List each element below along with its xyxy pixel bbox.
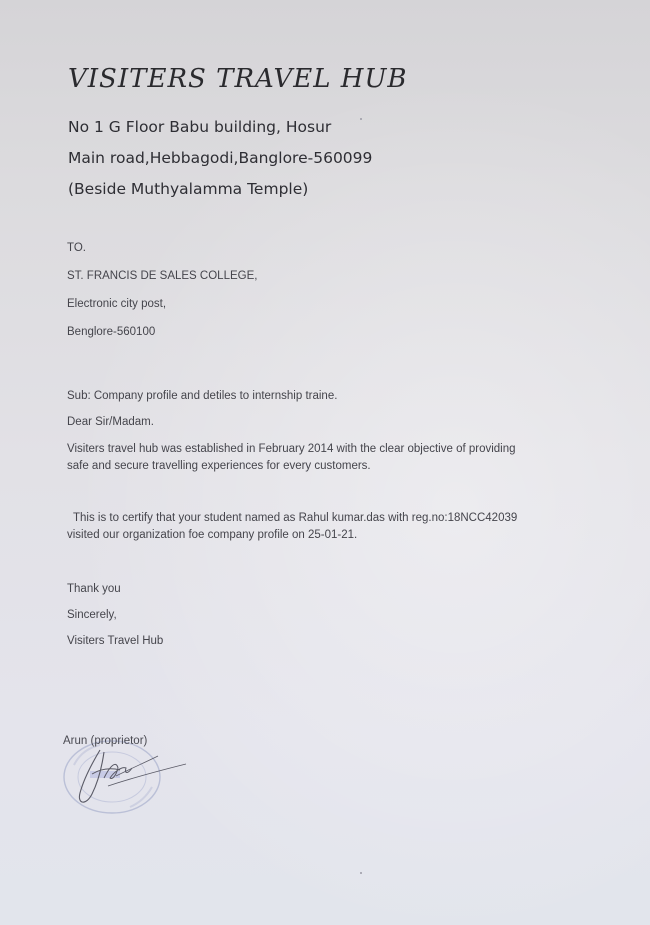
paragraph-line: safe and secure travelling experiences f…	[67, 458, 516, 475]
handwritten-signature	[72, 738, 190, 810]
recipient-block: TO. ST. FRANCIS DE SALES COLLEGE, Electr…	[67, 234, 257, 346]
recipient-line: Electronic city post,	[67, 290, 257, 318]
paragraph-certification: This is to certify that your student nam…	[67, 510, 517, 544]
recipient-line: ST. FRANCIS DE SALES COLLEGE,	[67, 262, 257, 290]
paragraph-line: Visiters travel hub was established in F…	[67, 441, 516, 458]
closing-line: Thank you	[67, 576, 163, 602]
closing-line: Visiters Travel Hub	[67, 628, 163, 654]
paragraph-intro: Visiters travel hub was established in F…	[67, 441, 516, 475]
recipient-to: TO.	[67, 234, 257, 262]
subject-line: Sub: Company profile and detiles to inte…	[67, 390, 337, 402]
address-line: Main road,Hebbagodi,Banglore-560099	[68, 143, 372, 174]
paper-speck	[360, 872, 362, 874]
closing-line: Sincerely,	[67, 602, 163, 628]
recipient-line: Benglore-560100	[67, 318, 257, 346]
paragraph-line: visited our organization foe company pro…	[67, 527, 517, 544]
company-name: VISITERS TRAVEL HUB	[68, 64, 407, 94]
company-address: No 1 G Floor Babu building, Hosur Main r…	[68, 112, 372, 205]
address-line: No 1 G Floor Babu building, Hosur	[68, 112, 372, 143]
paragraph-line: This is to certify that your student nam…	[67, 510, 517, 527]
closing-block: Thank you Sincerely, Visiters Travel Hub	[67, 576, 163, 654]
paper-speck	[360, 118, 362, 120]
greeting: Dear Sir/Madam.	[67, 416, 154, 428]
address-line: (Beside Muthyalamma Temple)	[68, 174, 372, 205]
